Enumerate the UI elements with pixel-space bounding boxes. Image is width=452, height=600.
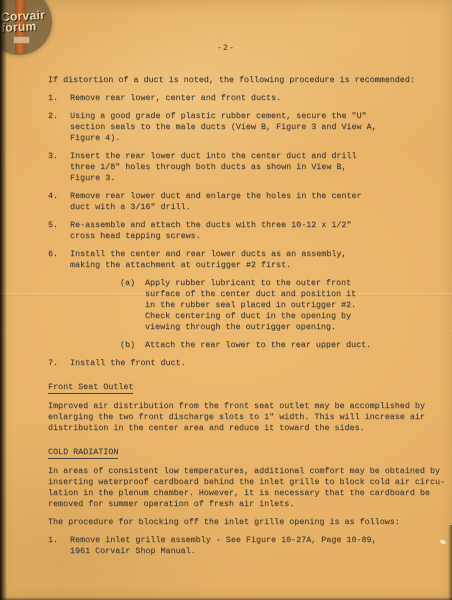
substep-label: (a) [120, 278, 145, 333]
step-number: 3. [48, 151, 70, 184]
step-text: Using a good grade of plastic rubber cem… [70, 111, 377, 144]
duct-substep-b: (b) Attach the rear lower to the rear up… [120, 340, 448, 351]
step-number: 1. [48, 93, 70, 104]
intro-paragraph: If distortion of a duct is noted, the fo… [48, 75, 448, 86]
front-seat-outlet-paragraph: Improved air distribution from the front… [48, 401, 448, 434]
step-number: 5. [48, 220, 70, 242]
step-number: 4. [48, 191, 70, 213]
step-text: Remove inlet grille assembly - See Figur… [70, 535, 377, 557]
cold-radiation-paragraph: In areas of consistent low temperatures,… [48, 466, 448, 510]
step-number: 1. [48, 535, 70, 557]
watermark-text-line2: forum [1, 19, 37, 35]
step-text: Remove rear lower, center and front duct… [70, 93, 281, 104]
step-text: Install the center and rear lower ducts … [70, 249, 346, 271]
scanned-document-page: Corvair forum -2- If distortion of a duc… [0, 0, 452, 600]
step-text: Install the front duct. [70, 358, 186, 369]
duct-step-1: 1. Remove rear lower, center and front d… [48, 93, 448, 104]
substep-label: (b) [120, 340, 145, 351]
step-number: 6. [48, 249, 70, 271]
step-text: Remove rear lower duct and enlarge the h… [70, 191, 362, 213]
page-number: -2- [0, 43, 452, 53]
step-number: 7. [48, 358, 70, 369]
duct-step-5: 5. Re-assemble and attach the ducts with… [48, 220, 448, 242]
duct-substep-a: (a) Apply rubber lubricant to the outer … [120, 278, 448, 333]
substep-text: Apply rubber lubricant to the outer fron… [145, 278, 356, 333]
grille-procedure-intro: The procedure for blocking off the inlet… [48, 517, 448, 528]
document-body: If distortion of a duct is noted, the fo… [48, 75, 448, 564]
substep-text: Attach the rear lower to the rear upper … [145, 340, 371, 351]
step-text: Insert the rear lower duct into the cent… [70, 151, 356, 184]
step-number: 2. [48, 111, 70, 144]
duct-step-7: 7. Install the front duct. [48, 358, 448, 369]
duct-step-3: 3. Insert the rear lower duct into the c… [48, 151, 448, 184]
section-heading-cold-radiation: COLD RADIATION [48, 447, 118, 459]
duct-step-4: 4. Remove rear lower duct and enlarge th… [48, 191, 448, 213]
section-heading-front-seat-outlet: Front Seat Outlet [48, 382, 133, 394]
scan-edge-left [0, 0, 7, 600]
grille-step-1: 1. Remove inlet grille assembly - See Fi… [48, 535, 448, 557]
step-text: Re-assemble and attach the ducts with th… [70, 220, 351, 242]
duct-step-6: 6. Install the center and rear lower duc… [48, 249, 448, 271]
duct-step-2: 2. Using a good grade of plastic rubber … [48, 111, 448, 144]
scan-edge-corner [448, 525, 452, 600]
